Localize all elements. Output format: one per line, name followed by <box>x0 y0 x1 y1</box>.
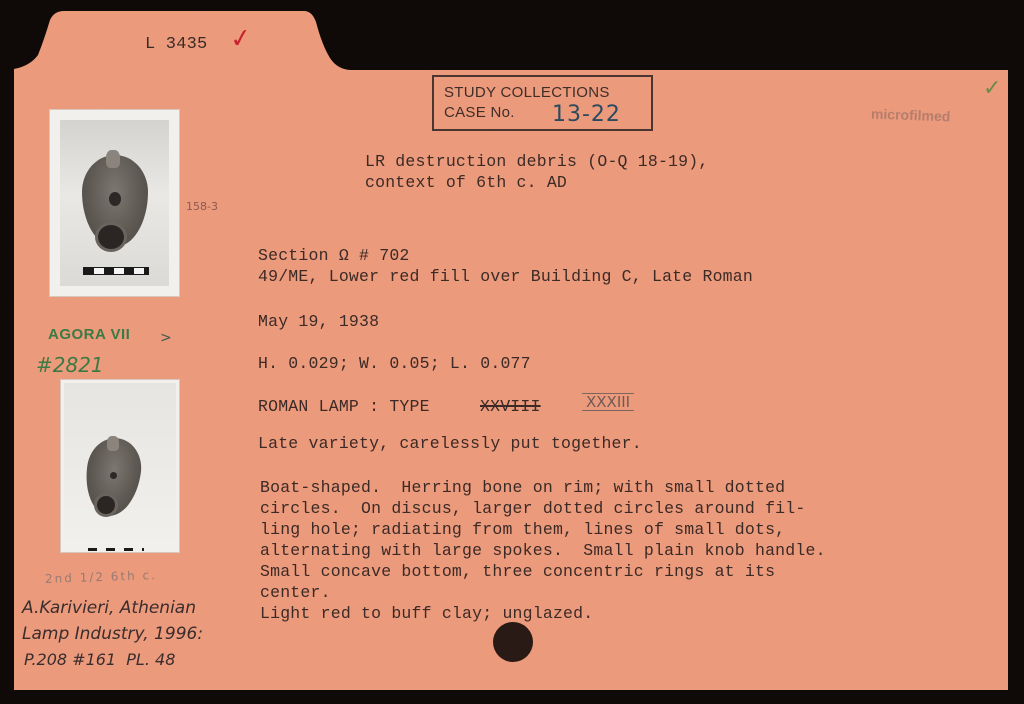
context-line-1: LR destruction debris (O-Q 18-19), <box>365 151 708 172</box>
stamp-title: STUDY COLLECTIONS <box>444 84 610 101</box>
catalog-card: L 3435 ✓ STUDY COLLECTIONS CASE No. 13-2… <box>0 0 1024 704</box>
type-struck-out: XXVIII <box>480 396 541 417</box>
case-number: 13-22 <box>552 102 621 127</box>
variety-line: Late variety, carelessly put together. <box>258 433 642 454</box>
type-handwritten: XXXIII <box>582 393 634 411</box>
reference-line-2: Lamp Industry, 1996: <box>22 624 203 644</box>
type-label: ROMAN LAMP : TYPE <box>258 396 430 417</box>
dimensions: H. 0.029; W. 0.05; L. 0.077 <box>258 353 531 374</box>
description-line: center. <box>260 582 331 603</box>
stamp-case-label: CASE No. <box>444 104 515 121</box>
scale-bar <box>88 548 144 551</box>
description-line: alternating with large spokes. Small pla… <box>260 540 826 561</box>
lamp-photo-top-view <box>50 110 179 296</box>
lamp-photo-profile <box>61 380 179 552</box>
punch-hole <box>493 622 533 662</box>
reference-line-3: P.208 #161 PL. 48 <box>24 650 175 669</box>
description-line: Small concave bottom, three concentric r… <box>260 561 775 582</box>
microfilmed-stamp: microfilmed <box>871 106 951 125</box>
red-check-icon: ✓ <box>228 23 254 56</box>
green-check-icon: ✓ <box>983 76 1001 101</box>
description-line: Light red to buff clay; unglazed. <box>260 603 593 624</box>
chevron-right-icon: > <box>160 330 172 346</box>
find-date: May 19, 1938 <box>258 311 379 332</box>
photo-note: 158-3 <box>186 200 218 213</box>
deposit-line: 49/ME, Lower red fill over Building C, L… <box>258 266 753 287</box>
description-line: Boat-shaped. Herring bone on rim; with s… <box>260 477 785 498</box>
scale-bar <box>83 267 149 275</box>
agora-stamp: AGORA VII <box>48 326 130 343</box>
section-line: Section Ω # 702 <box>258 245 410 266</box>
context-line-2: context of 6th c. AD <box>365 172 567 193</box>
agora-catalog-number: #2821 <box>36 353 104 377</box>
reference-line-1: A.Karivieri, Athenian <box>22 598 196 618</box>
description-line: ling hole; radiating from them, lines of… <box>260 519 785 540</box>
description-line: circles. On discus, larger dotted circle… <box>260 498 806 519</box>
catalog-number: L 3435 <box>145 34 207 55</box>
